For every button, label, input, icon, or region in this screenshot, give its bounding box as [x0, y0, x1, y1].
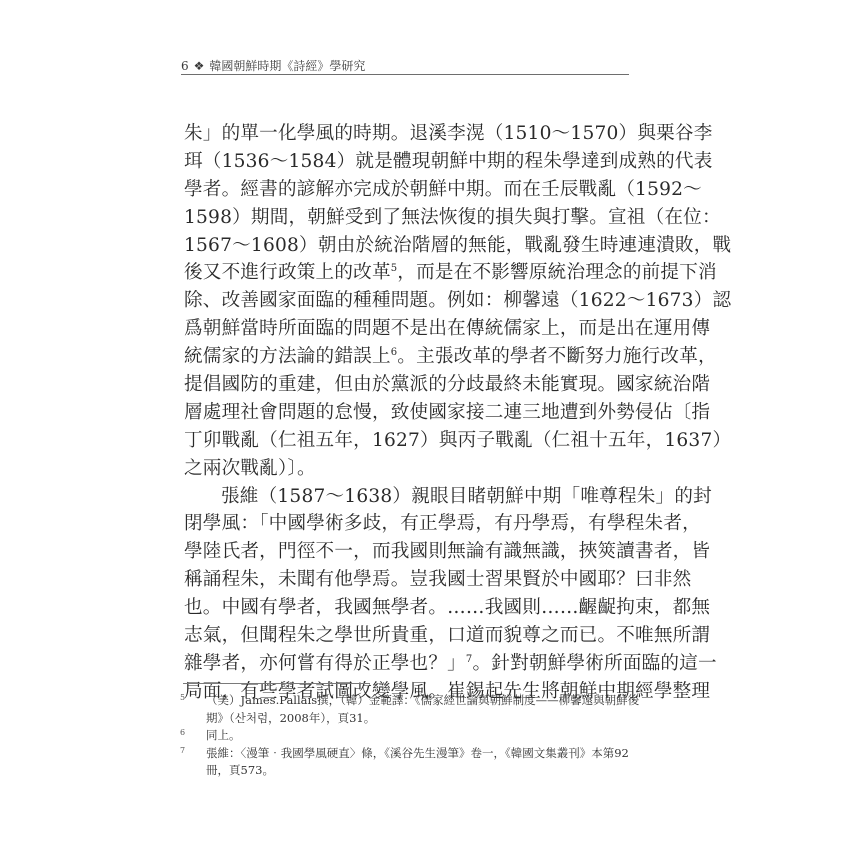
body-line: 提倡國防的重建，但由於黨派的分歧最終未能實現。國家統治階 [184, 371, 630, 399]
footnote-number: 5 [180, 689, 185, 707]
footnote-number: 7 [180, 742, 185, 760]
body-line: 1567～1608）朝由於統治階層的無能，戰亂發生時連連潰敗，戰 [184, 232, 630, 260]
footnote-7: 7 張維：〈漫筆‧我國學風硬直〉條，《溪谷先生漫筆》卷一，《韓國文集叢刊》本第9… [180, 745, 630, 780]
footnote-number: 6 [180, 724, 185, 742]
body-line: 1598）期間，朝鮮受到了無法恢復的損失與打擊。宣祖（在位： [184, 204, 630, 232]
footnote-line: 張維：〈漫筆‧我國學風硬直〉條，《溪谷先生漫筆》卷一，《韓國文集叢刊》本第92 [206, 745, 630, 763]
body-line: 雜學者，亦何嘗有得於正學也？」7。針對朝鮮學術所面臨的這一 [184, 650, 630, 678]
body-line: 學陸氏者，門徑不一，而我國則無論有識無識，挾筴讀書者，皆 [184, 538, 630, 566]
running-title: 韓國朝鮮時期《詩經》學研究 [209, 59, 365, 73]
body-line: 學者。經書的諺解亦完成於朝鮮中期。而在壬辰戰亂（1592～ [184, 176, 630, 204]
footnotes: 5 （美）James.Pallais撰，（韓）金範譯：《儒家經世論與朝鮮制度——… [180, 692, 630, 780]
body-line: 爲朝鮮當時所面臨的問題不是出在傳統儒家上，而是出在運用傳 [184, 315, 630, 343]
body-text-span: 後又不進行政策上的改革 [184, 262, 391, 283]
footnote-line: 冊，頁573。 [206, 762, 630, 780]
body-line: 稱誦程朱，未聞有他學焉。豈我國士習果賢於中國耶？曰非然 [184, 566, 630, 594]
page-number: 6 [181, 59, 189, 73]
body-line: 志氣，但聞程朱之學世所貴重，口道而貌尊之而已。不唯無所謂 [184, 622, 630, 650]
body-text-span: 雜學者，亦何嘗有得於正學也？」 [184, 653, 466, 674]
body-line: 朱」的單一化學風的時期。退溪李滉（1510～1570）與栗谷李 [184, 120, 630, 148]
running-header: 6❖韓國朝鮮時期《詩經》學研究 [181, 58, 629, 74]
body-text: 朱」的單一化學風的時期。退溪李滉（1510～1570）與栗谷李 珥（1536～1… [184, 120, 630, 706]
footnote-line: （美）James.Pallais撰，（韓）金範譯：《儒家經世論與朝鮮制度——柳馨… [206, 692, 630, 710]
body-line: 閉學風：「中國學術多歧，有正學焉，有丹學焉，有學程朱者， [184, 510, 630, 538]
footnote-5: 5 （美）James.Pallais撰，（韓）金範譯：《儒家經世論與朝鮮制度——… [180, 692, 630, 727]
body-line: 珥（1536～1584）就是體現朝鮮中期的程朱學達到成熟的代表 [184, 148, 630, 176]
body-line: 也。中國有學者，我國無學者。……我國則……齷齪拘束，都無 [184, 594, 630, 622]
body-line: 丁卯戰亂（仁祖五年，1627）與丙子戰亂（仁祖十五年，1637） [184, 427, 630, 455]
body-line: 之兩次戰亂）〕。 [184, 455, 630, 483]
footnote-line: 期》（산처럼，2008年），頁31。 [206, 710, 630, 728]
body-line: 張維（1587～1638）親眼目睹朝鮮中期「唯尊程朱」的封 [184, 483, 630, 511]
body-line: 統儒家的方法論的錯誤上6。主張改革的學者不斷努力施行改革， [184, 343, 630, 371]
header-rule [181, 74, 629, 75]
footnote-line: 同上。 [206, 727, 630, 745]
body-line: 後又不進行政策上的改革5，而是在不影響原統治理念的前提下消 [184, 259, 630, 287]
body-line: 層處理社會問題的怠慢，致使國家接二連三地遭到外勢侵佔〔指 [184, 399, 630, 427]
body-text-span: 。主張改革的學者不斷努力施行改革， [397, 346, 717, 367]
ornament-diamond-icon: ❖ [194, 59, 205, 73]
body-line: 除、改善國家面臨的種種問題。例如：柳馨遠（1622～1673）認 [184, 287, 630, 315]
footnote-rule [183, 683, 370, 684]
body-text-span: ，而是在不影響原統治理念的前提下消 [397, 262, 717, 283]
footnote-6: 6 同上。 [180, 727, 630, 745]
body-text-span: 統儒家的方法論的錯誤上 [184, 346, 391, 367]
body-text-span: 。針對朝鮮學術所面臨的這一 [472, 653, 716, 674]
